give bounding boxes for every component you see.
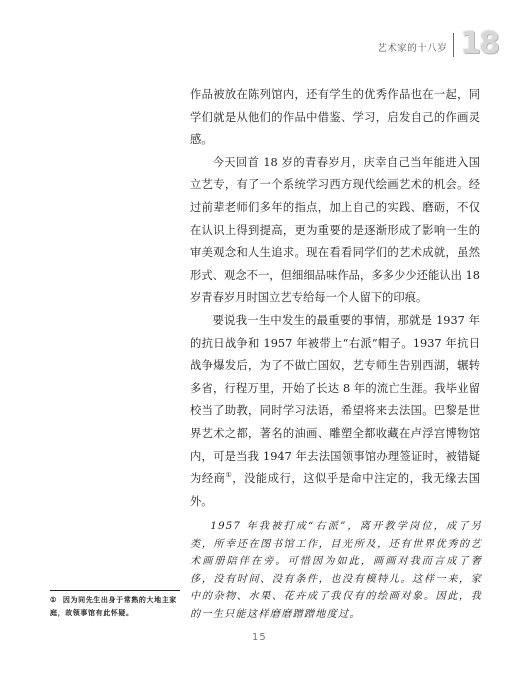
chapter-number: 18 (460, 26, 498, 61)
footnote: ①因为同先生出身于常熟的大地主家庭，故领事馆有此怀疑。 (50, 593, 182, 619)
footnote-mark: ① (50, 595, 57, 604)
running-title: 艺术家的十八岁 (377, 40, 447, 54)
body-text: 作品被放在陈列馆内，还有学生的优秀作品也在一起，同学们就是从他们的作品中借鉴、学… (190, 84, 480, 513)
page-number: 15 (252, 632, 267, 643)
footnote-text: 因为同先生出身于常熟的大地主家庭，故领事馆有此怀疑。 (50, 595, 177, 617)
handwritten-quote: 1957 年我被打成“右派”，离开教学岗位，成了另类，所幸还在图书馆工作，目光所… (190, 518, 482, 624)
footnote-divider (50, 590, 180, 591)
paragraph-2: 今天回首 18 岁的青春岁月，庆幸自己当年能进入国立艺专，有了一个系统学习西方现… (190, 152, 480, 310)
running-header: 艺术家的十八岁 18 (377, 22, 498, 62)
paragraph-3-text-after-note: ，没能成行，这似乎是命中注定的，我无缘去国外。 (190, 472, 480, 508)
paragraph-1: 作品被放在陈列馆内，还有学生的优秀作品也在一起，同学们就是从他们的作品中借鉴、学… (190, 84, 480, 152)
quote-text: 1957 年我被打成“右派”，离开教学岗位，成了另类，所幸还在图书馆工作，目光所… (190, 518, 482, 624)
paragraph-3-text-before-note: 要说我一生中发生的最重要的事情，那就是 1937 年的抗日战争和 1957 年被… (190, 314, 480, 485)
header-divider (453, 33, 454, 57)
paragraph-3: 要说我一生中发生的最重要的事情，那就是 1937 年的抗日战争和 1957 年被… (190, 310, 480, 513)
